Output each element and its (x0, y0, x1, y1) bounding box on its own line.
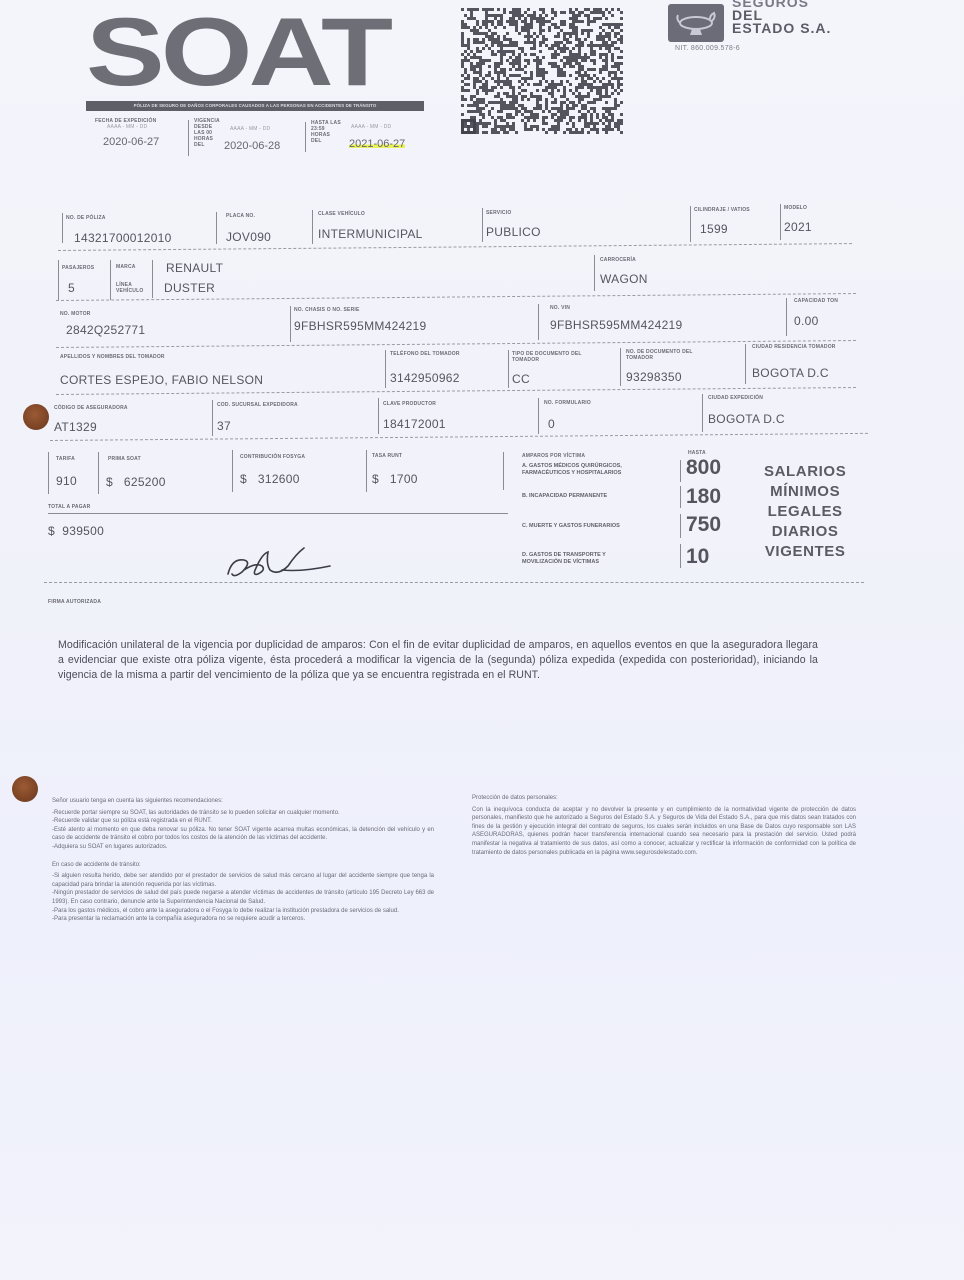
amparo-value: 750 (686, 513, 721, 537)
cilindraje-value: 1599 (700, 222, 728, 236)
pasajeros-value: 5 (68, 281, 75, 295)
accident-title: En caso de accidente de tránsito: (52, 861, 434, 870)
ciudad-residencia-value: BOGOTA D.C (752, 366, 829, 380)
unit-line: VIGENTES (764, 542, 846, 562)
chasis-label: No. CHASIS O No. SERIE (294, 307, 360, 313)
amparo-label: A. GASTOS MÉDICOS QUIRÚRGICOS, FARMACÉUT… (522, 463, 657, 477)
recommendations: Señor usuario tenga en cuenta las siguie… (52, 797, 434, 924)
vin-value: 9FBHSR595MM424219 (550, 318, 683, 332)
signature-image (222, 540, 342, 582)
capacidad-label: CAPACIDAD TON (794, 298, 838, 304)
tipo-doc-label: TIPO DE DOCUMENTO DEL TOMADOR (512, 351, 584, 363)
divider (305, 122, 306, 152)
punch-hole (12, 776, 38, 802)
lamp-icon-glyph (674, 9, 718, 37)
total-label: TOTAL A PAGAR (48, 504, 90, 510)
fecha-expedicion-value: 2020-06-27 (95, 136, 185, 148)
motor-value: 2842Q252771 (66, 323, 145, 337)
divider (188, 120, 189, 156)
amparo-value: 800 (686, 456, 721, 480)
ciudad-expedicion-value: BOGOTA D.C (708, 412, 785, 426)
poliza-label: No. DE PÓLIZA (66, 215, 106, 221)
tomador-value: CORTES ESPEJO, FABIO NELSON (60, 373, 263, 387)
unit-line: LEGALES (764, 502, 846, 522)
placa-value: JOV090 (226, 230, 271, 244)
data-protection-body: Con la inequívoca conducta de aceptar y … (472, 806, 856, 858)
recommendations-title: Señor usuario tenga en cuenta las siguie… (52, 797, 434, 806)
cod-sucursal-value: 37 (217, 419, 231, 433)
vigencia-desde-label: VIGENCIA DESDE LAS 00 HORAS DEL (194, 118, 224, 148)
data-protection-title: Protección de datos personales: (472, 794, 856, 803)
amparo-value: 180 (686, 485, 721, 509)
cod-sucursal-label: COD. SUCURSAL EXPEDIDORA (217, 402, 298, 408)
accident-item: -Para los gastos médicos, el cobro ante … (52, 907, 434, 916)
contribucion-value: $ 312600 (240, 472, 300, 486)
carroceria-label: CARROCERÍA (600, 257, 636, 263)
qr-code-icon (461, 8, 623, 134)
clave-productor-value: 184172001 (383, 417, 446, 431)
vigencia-desde-value: 2020-06-28 (224, 140, 280, 152)
linea-label: LÍNEA VEHÍCULO (116, 282, 144, 294)
ciudad-expedicion-label: CIUDAD EXPEDICIÓN (708, 395, 763, 401)
amparo-value: 10 (686, 545, 709, 569)
contribucion-label: CONTRIBUCIÓN FOSYGA (240, 454, 305, 460)
fecha-expedicion-format: AAAA - MM - DD (95, 124, 185, 130)
codigo-aseguradora-label: CÓDIGO DE ASEGURADORA (54, 405, 128, 411)
num-doc-label: No. DE DOCUMENTO DEL TOMADOR (626, 349, 696, 361)
insurer-name: SEGUROS DEL ESTADO S.A. (732, 0, 831, 35)
chasis-value: 9FBHSR595MM424219 (294, 319, 427, 333)
prima-label: PRIMA SOAT (108, 456, 141, 462)
total-value: $ 939500 (48, 524, 104, 538)
carroceria-value: WAGON (600, 272, 648, 286)
codigo-aseguradora-value: AT1329 (54, 420, 97, 434)
lamp-icon (668, 4, 724, 42)
vigencia-desde: VIGENCIA DESDE LAS 00 HORAS DEL AAAA - M… (194, 118, 304, 148)
amparo-label: D. GASTOS DE TRANSPORTE Y MOVILIZACIÓN D… (522, 552, 637, 566)
firma-label: FIRMA AUTORIZADA (48, 599, 101, 605)
tomador-label: APELLIDOS Y NOMBRES DEL TOMADOR (60, 354, 165, 360)
tarifa-label: TARIFA (56, 456, 75, 462)
vin-label: No. VIN (550, 305, 570, 311)
vigencia-hasta-value: 2021-06-27 (349, 138, 405, 150)
policy-banner: PÓLIZA DE SEGURO DE DAÑOS CORPORALES CAU… (86, 101, 424, 111)
clave-productor-label: CLAVE PRODUCTOR (383, 401, 436, 407)
num-doc-value: 93298350 (626, 370, 682, 384)
cilindraje-label: CILINDRAJE / VATIOS (694, 207, 750, 213)
poliza-value: 14321700012010 (74, 231, 172, 245)
telefono-value: 3142950962 (390, 371, 460, 385)
recommendation-item: -Recuerde portar siempre su SOAT, las au… (52, 809, 434, 818)
placa-label: PLACA No. (226, 213, 255, 219)
tasa-runt-value: $ 1700 (372, 472, 418, 486)
insurer-name-line: ESTADO S.A. (732, 22, 831, 35)
ciudad-residencia-label: CIUDAD RESIDENCIA TOMADOR (752, 344, 836, 350)
unit-line: DIARIOS (764, 522, 846, 542)
motor-label: No. MOTOR (60, 311, 91, 317)
vigencia-desde-format: AAAA - MM - DD (230, 126, 270, 132)
clase-value: INTERMUNICIPAL (318, 227, 423, 241)
accident-item: -Ningún prestador de servicios de salud … (52, 889, 434, 906)
recommendation-item: -Recuerde validar que su póliza está reg… (52, 817, 434, 826)
amparo-label: C. MUERTE Y GASTOS FUNERARIOS (522, 523, 662, 530)
insurer-nit: NIT. 860.009.578-6 (675, 45, 740, 52)
data-protection: Protección de datos personales: Con la i… (472, 794, 856, 857)
amparos-title: AMPAROS POR VÍCTIMA (522, 453, 585, 459)
accident-item: -Para presentar la reclamación ante la c… (52, 915, 434, 924)
formulario-value: 0 (548, 417, 555, 431)
unit-line: MÍNIMOS (764, 482, 846, 502)
pasajeros-label: PASAJEROS (62, 265, 94, 271)
modelo-label: MODELO (784, 205, 807, 211)
soat-logo: SOAT (86, 4, 389, 101)
linea-value: DUSTER (164, 281, 215, 295)
modelo-value: 2021 (784, 220, 812, 234)
punch-hole (23, 404, 49, 430)
capacidad-value: 0.00 (794, 314, 819, 328)
marca-value: RENAULT (166, 261, 223, 275)
smldv-unit: SALARIOS MÍNIMOS LEGALES DIARIOS VIGENTE… (764, 462, 846, 562)
tarifa-value: 910 (56, 474, 77, 488)
fecha-expedicion: FECHA DE EXPEDICIÓN AAAA - MM - DD 2020-… (95, 118, 185, 148)
formulario-label: No. FORMULARIO (544, 400, 591, 406)
marca-label: MARCA (116, 264, 136, 270)
unit-line: SALARIOS (764, 462, 846, 482)
tasa-runt-label: TASA RUNT (372, 453, 402, 459)
servicio-label: SERVICIO (486, 210, 511, 216)
prima-value: $ 625200 (106, 475, 166, 489)
recommendation-item: -Esté atento al momento en que deba reno… (52, 826, 434, 843)
recommendation-item: -Adquiera su SOAT en lugares autorizados… (52, 843, 434, 852)
duplicidad-notice: Modificación unilateral de la vigencia p… (58, 638, 818, 683)
amparo-label: B. INCAPACIDAD PERMANENTE (522, 493, 662, 500)
clase-label: CLASE VEHÍCULO (318, 211, 365, 217)
tipo-doc-value: CC (512, 372, 530, 386)
vigencia-hasta: HASTA LAS 23:59 HORAS DEL AAAA - MM - DD… (311, 120, 421, 144)
servicio-value: PUBLICO (486, 225, 541, 239)
accident-item: -Si alguien resulta herido, debe ser ate… (52, 872, 434, 889)
vigencia-hasta-label: HASTA LAS 23:59 HORAS DEL (311, 120, 341, 144)
vigencia-hasta-format: AAAA - MM - DD (351, 124, 391, 130)
telefono-label: TELÉFONO DEL TOMADOR (390, 351, 460, 357)
